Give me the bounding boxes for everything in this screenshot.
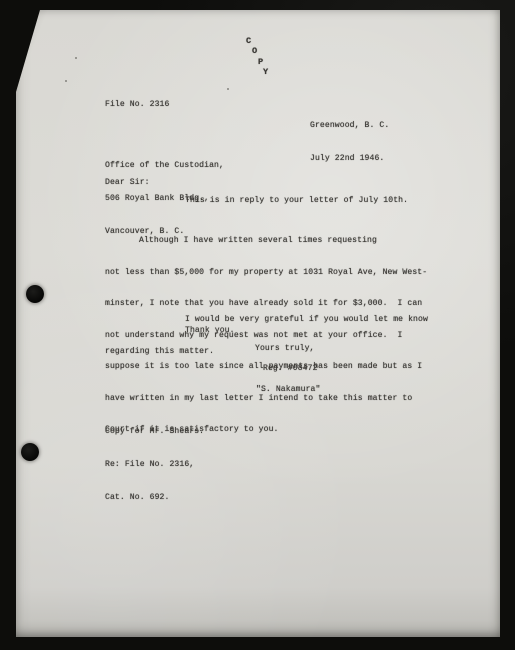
copy-stamp-letter: C — [246, 36, 251, 46]
footer-line: Cat. No. 692. — [105, 492, 204, 503]
paper-speck — [65, 80, 67, 82]
body-line: Although I have written several times re… — [105, 236, 427, 247]
paragraph-1: This is in reply to your letter of July … — [185, 196, 408, 207]
signature: "S. Nakamura" — [256, 385, 320, 396]
copy-stamp-letter: P — [258, 57, 263, 67]
thanks-line: Thank you. — [185, 326, 235, 337]
punch-hole — [26, 285, 44, 303]
paper-speck — [227, 88, 229, 90]
body-line: I would be very grateful if you would le… — [105, 315, 428, 326]
copy-stamp-letter: Y — [263, 67, 268, 77]
place-line: Greenwood, B. C. — [310, 120, 389, 131]
date-line: July 22nd 1946. — [310, 153, 389, 164]
closing-line: Yours truly, — [255, 344, 314, 355]
paper-corner-fold — [16, 10, 86, 140]
copy-stamp: C O P Y — [246, 36, 286, 86]
footer-notes: Copy for Mr. Shears. Re: File No. 2316, … — [105, 404, 204, 525]
registration-number: Reg. #08472 — [263, 364, 318, 375]
salutation: Dear Sir: — [105, 178, 150, 189]
recipient-line: Office of the Custodian, — [105, 160, 224, 171]
punch-hole — [21, 443, 39, 461]
paper-speck — [75, 57, 77, 59]
place-date-block: Greenwood, B. C. July 22nd 1946. — [310, 98, 389, 186]
copy-stamp-letter: O — [252, 46, 257, 56]
footer-line: Re: File No. 2316, — [105, 459, 204, 470]
body-line: not less than $5,000 for my property at … — [105, 268, 427, 279]
file-number: File No. 2316 — [105, 100, 169, 111]
footer-line: Copy for Mr. Shears. — [105, 426, 204, 437]
letter-paper: C O P Y File No. 2316 Greenwood, B. C. J… — [16, 10, 500, 637]
scanned-letter-page: C O P Y File No. 2316 Greenwood, B. C. J… — [0, 0, 515, 650]
